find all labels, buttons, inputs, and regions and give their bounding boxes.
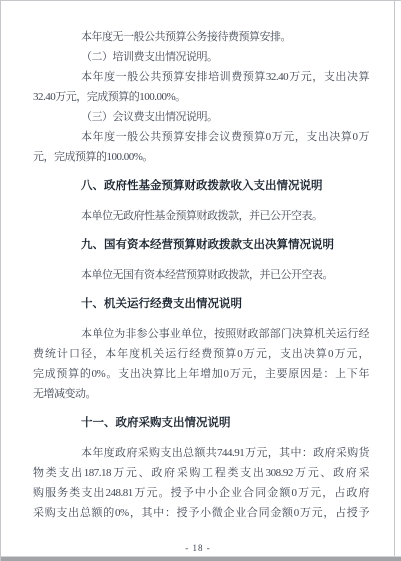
document-page: 本年度无一般公共预算公务接待费预算安排。（二）培训费支出情况说明。本年度一般公共… [0,0,401,561]
body-line: （三）会议费支出情况说明。 [33,107,369,127]
body-line: 费统计口径，本年度机关运行经费预算0万元，支出决算0万元， [33,344,369,364]
body-line: 无增减变动。 [33,384,369,404]
page-right-border [394,1,395,556]
body-line: 采购支出总额的0%，其中：授予小微企业合同金额0万元，占授予 [33,503,369,523]
body-line: 本年度一般公共预算安排会议费预算0万元，支出决算0万 [33,127,369,147]
body-line: 本单位无国有资本经营预算财政拨款，并已公开空表。 [33,265,369,285]
body-line: 32.40万元，完成预算的100.00%。 [33,87,369,107]
section-heading: 十一、政府采购支出情况说明 [33,413,369,433]
section-heading: 八、政府性基金预算财政拨款收入支出情况说明 [33,176,369,196]
page-bottom-edge [1,556,401,561]
body-line: （二）培训费支出情况说明。 [33,47,369,67]
body-line: 本年度一般公共预算安排培训费预算32.40万元，支出决算 [33,67,369,87]
body-line: 本单位无政府性基金预算财政拨款，并已公开空表。 [33,206,369,226]
body-line: 元，完成预算的100.00%。 [33,147,369,167]
body-line: 本年度政府采购支出总额共744.91万元，其中：政府采购货 [33,443,369,463]
body-line: 完成预算的0%。支出决算比上年增加0万元，主要原因是：上下年 [33,364,369,384]
page-number: - 18 - [1,543,395,553]
body-line: 购服务类支出248.81万元。授予中小企业合同金额0万元，占政府 [33,483,369,503]
document-content: 本年度无一般公共预算公务接待费预算安排。（二）培训费支出情况说明。本年度一般公共… [33,27,369,523]
body-line: 本年度无一般公共预算公务接待费预算安排。 [33,27,369,47]
section-heading: 十、机关运行经费支出情况说明 [33,294,369,314]
body-line: 本单位为非参公事业单位，按照财政部部门决算机关运行经 [33,324,369,344]
body-line: 物类支出187.18万元、政府采购工程类支出308.92万元、政府采 [33,463,369,483]
section-heading: 九、国有资本经营预算财政拨款支出决算情况说明 [33,235,369,255]
